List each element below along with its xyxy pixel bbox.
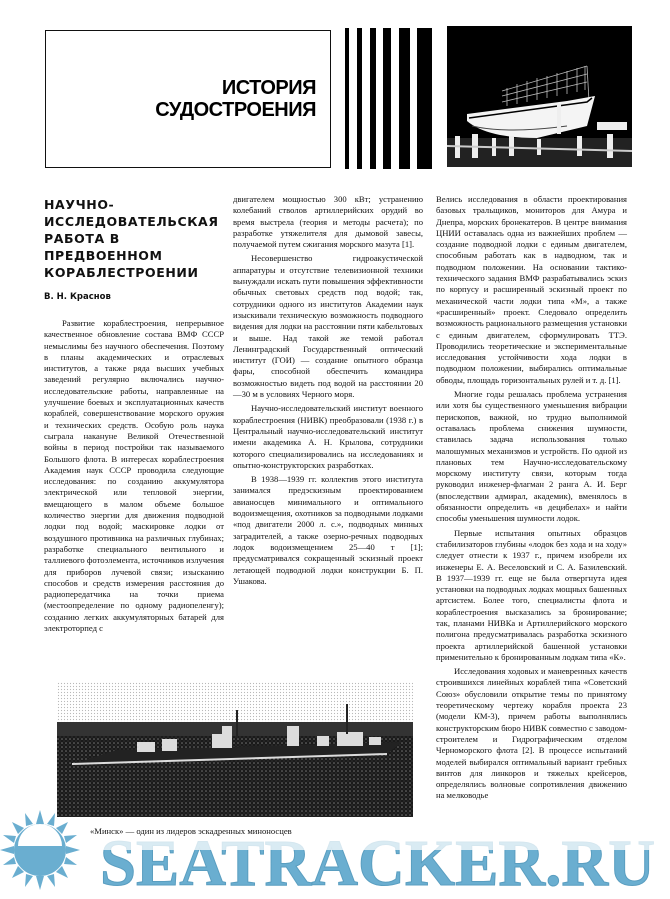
paragraph: Первые испытания опытных образцов стабил… (436, 528, 627, 664)
article-title-line: ИССЛЕДОВАТЕЛЬСКАЯ (44, 213, 224, 230)
article-title: НАУЧНО- ИССЛЕДОВАТЕЛЬСКАЯ РАБОТА В ПРЕДВ… (44, 196, 224, 281)
text-column-3: Велись исследования в области проектиров… (436, 194, 627, 802)
sailing-ship-construction-photo (447, 26, 632, 167)
section-header-box: ИСТОРИЯ СУДОСТРОЕНИЯ (45, 30, 331, 168)
paragraph: Исследования ходовых и маневренных качес… (436, 666, 627, 802)
paragraph: Велись исследования в области проектиров… (436, 194, 627, 386)
paragraph: В 1938—1939 гг. коллектив этого институт… (233, 474, 423, 587)
text-column-1: Развитие кораблестроения, непрерывное ка… (44, 318, 224, 634)
article-title-line: ПРЕДВОЕННОМ (44, 247, 224, 264)
text-column-2: двигателем мощностью 300 кВт; устранению… (233, 194, 423, 587)
paragraph: Развитие кораблестроения, непрерывное ка… (44, 318, 224, 634)
sun-logo-icon: SEATRACKER.RU (0, 810, 670, 899)
article-title-line: КОРАБЛЕСТРОЕНИИ (44, 264, 224, 281)
decorative-stripes (345, 28, 435, 169)
paragraph: Несовершенство гидроакустической аппарат… (233, 253, 423, 400)
ship-on-slipway-illustration (447, 26, 632, 167)
article-title-line: НАУЧНО- (44, 196, 224, 213)
paragraph: двигателем мощностью 300 кВт; устранению… (233, 194, 423, 250)
seatracker-watermark: SEATRACKER.RU (0, 810, 670, 899)
photo-caption: «Минск» — один из лидеров эскадренных ми… (90, 826, 292, 836)
destroyer-minsk-photo (57, 682, 413, 817)
watermark-text: SEATRACKER.RU (100, 827, 655, 899)
section-title-line2: СУДОСТРОЕНИЯ (155, 99, 316, 121)
destroyer-photo-illustration (57, 682, 413, 817)
article-title-line: РАБОТА В (44, 230, 224, 247)
section-title: ИСТОРИЯ СУДОСТРОЕНИЯ (155, 77, 316, 121)
paragraph: Научно-исследовательский институт военно… (233, 403, 423, 471)
paragraph: Многие годы решалась проблема устранения… (436, 389, 627, 525)
section-title-line1: ИСТОРИЯ (155, 77, 316, 99)
article-author: В. Н. Краснов (44, 292, 111, 302)
